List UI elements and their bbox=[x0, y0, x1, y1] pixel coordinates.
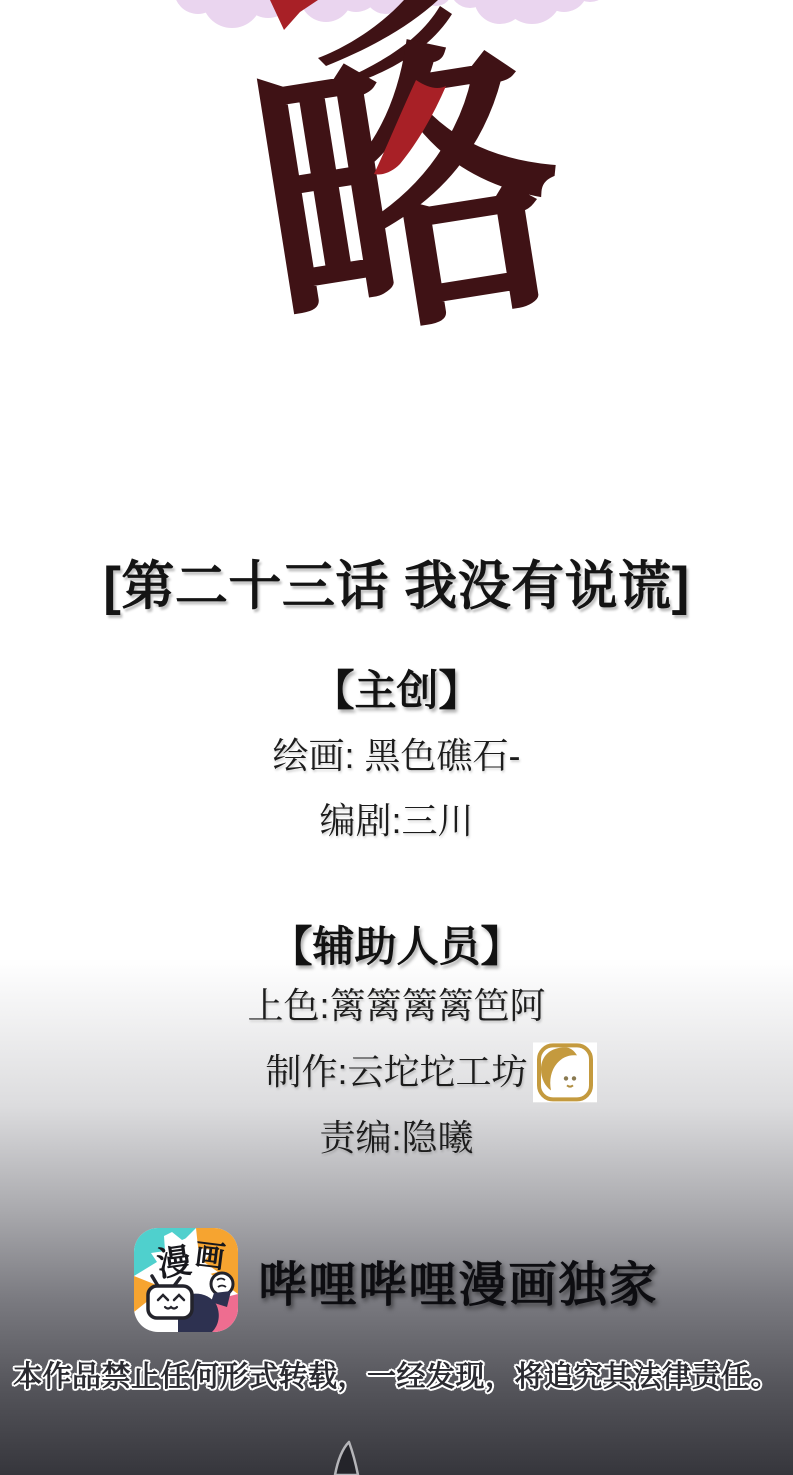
production-credit: 制作:云坨坨工坊 bbox=[265, 1051, 527, 1092]
manga-credits-page: 略 [第二十三话 我没有说谎] 【主创】 绘画: 黑色礁石- 编剧:三川 【辅助… bbox=[0, 0, 793, 1475]
credits-main-header: 【主创】 bbox=[0, 658, 793, 718]
title-character: 略 bbox=[235, 10, 583, 370]
app-icon-char-hua: 画 bbox=[194, 1238, 228, 1274]
credits-support-header: 【辅助人员】 bbox=[0, 914, 793, 974]
production-credit-row: 制作:云坨坨工坊 bbox=[0, 1044, 793, 1095]
bottom-art-fragment bbox=[322, 1440, 372, 1475]
writer-credit: 编剧:三川 bbox=[0, 793, 793, 844]
copyright-disclaimer: 本作品禁止任何形式转载，一经发现，将追究其法律责任。 bbox=[0, 1354, 793, 1395]
coloring-credit: 上色:篱篱篱篱笆阿 bbox=[0, 978, 793, 1029]
studio-mascot-icon bbox=[533, 1042, 597, 1102]
bilibili-manga-app-icon: 漫 画 bbox=[134, 1228, 238, 1332]
artist-credit: 绘画: 黑色礁石- bbox=[0, 728, 793, 779]
chapter-title: [第二十三话 我没有说谎] bbox=[0, 544, 793, 620]
app-icon-char-man: 漫 bbox=[155, 1242, 194, 1284]
title-art: 略 bbox=[0, 0, 793, 370]
platform-exclusive-text: 哔哩哔哩漫画独家 bbox=[258, 1246, 658, 1315]
platform-row: 漫 画 哔哩哔哩漫画独家 bbox=[0, 1228, 793, 1332]
editor-credit: 责编:隐曦 bbox=[0, 1110, 793, 1161]
